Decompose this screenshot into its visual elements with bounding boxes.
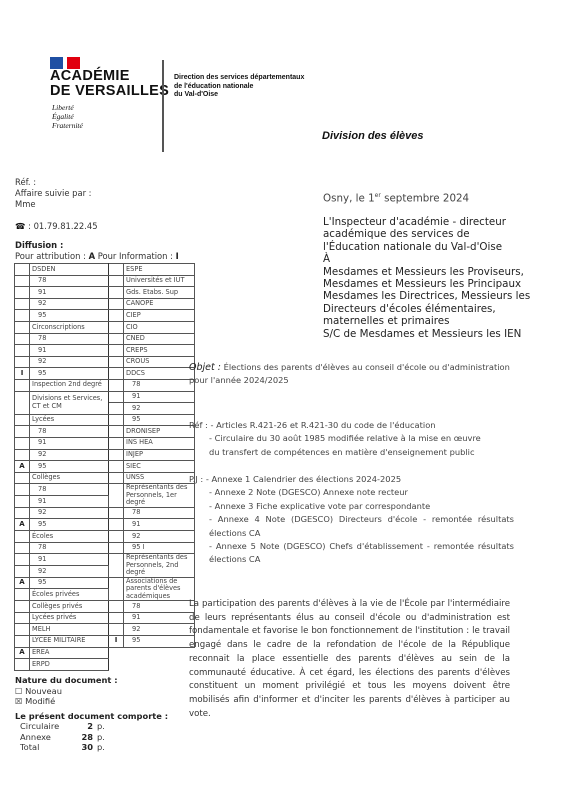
- right-mark-cell: [109, 612, 124, 624]
- pages-label: Annexe: [15, 732, 75, 742]
- table-row: MELH92: [15, 624, 195, 636]
- pj-label: P.J : -: [189, 474, 212, 484]
- academie-name: ACADÉMIE DE VERSAILLES: [50, 69, 169, 99]
- empty-cell: [109, 647, 195, 659]
- addressee-line: S/C de Mesdames et Messieurs les IEN: [323, 328, 530, 340]
- left-mark-cell: [15, 507, 30, 519]
- direction-line: Direction des services départementaux: [174, 74, 304, 83]
- table-row: CirconscriptionsCIO: [15, 321, 195, 333]
- left-mark-cell: [15, 310, 30, 322]
- right-mark-cell: [109, 472, 124, 484]
- left-label-cell: 78: [30, 275, 109, 287]
- left-label-cell: 91: [30, 496, 109, 508]
- pages-unit: p.: [97, 742, 105, 752]
- right-label-cell: ESPE: [124, 264, 195, 276]
- left-mark-cell: [15, 356, 30, 368]
- devise: Liberté Égalité Fraternité: [52, 103, 83, 130]
- right-mark-cell: [109, 321, 124, 333]
- left-label-cell: MELH: [30, 624, 109, 636]
- right-label-cell: CANOPE: [124, 298, 195, 310]
- left-mark-cell: [15, 321, 30, 333]
- diffusion-block: Diffusion : Pour attribution : A Pour In…: [15, 240, 179, 262]
- addressee-line: Directeurs d'écoles élémentaires,: [323, 303, 530, 315]
- right-label-cell: 95: [124, 635, 195, 647]
- pj-line: - Annexe 2 Note (DGESCO) Annexe note rec…: [189, 486, 514, 499]
- right-mark-cell: [109, 449, 124, 461]
- left-label-cell: 91: [30, 437, 109, 449]
- phone-number: : 01.79.81.22.45: [25, 221, 97, 231]
- left-mark-cell: [15, 635, 30, 647]
- left-label-cell: 92: [30, 298, 109, 310]
- right-label-cell: CROUS: [124, 356, 195, 368]
- phone-line: ☎ : 01.79.81.22.45: [15, 221, 98, 232]
- right-mark-cell: [109, 519, 124, 531]
- left-mark-cell: [15, 589, 30, 601]
- left-mark-cell: [15, 414, 30, 426]
- left-label-cell: Lycées: [30, 414, 109, 426]
- table-row: DSDENESPE: [15, 264, 195, 276]
- addressee-line: L'Inspecteur d'académie - directeur: [323, 216, 530, 228]
- right-mark-cell: [109, 287, 124, 299]
- addressee-line: Mesdames et Messieurs les Proviseurs,: [323, 266, 530, 278]
- left-label-cell: Divisions et Services, CT et CM: [30, 391, 109, 414]
- addressee-line: l'Éducation nationale du Val-d'Oise: [323, 241, 530, 253]
- objet-line: Objet : Élections des parents d'élèves a…: [189, 361, 529, 387]
- left-mark-cell: [15, 565, 30, 577]
- left-label-cell: 78: [30, 426, 109, 438]
- right-label-cell: 92: [124, 624, 195, 636]
- left-label-cell: Écoles: [30, 530, 109, 542]
- right-mark-cell: [109, 530, 124, 542]
- addressee-line: À: [323, 253, 530, 265]
- table-row: 91Gds. Etabs. Sup: [15, 287, 195, 299]
- pj-line: élections CA: [189, 527, 514, 540]
- left-label-cell: 92: [30, 507, 109, 519]
- right-mark-cell: [109, 414, 124, 426]
- left-mark-cell: [15, 333, 30, 345]
- left-label-cell: 78: [30, 484, 109, 496]
- right-label-cell: UNSS: [124, 472, 195, 484]
- right-label-cell: INS HEA: [124, 437, 195, 449]
- devise-liberte: Liberté: [52, 103, 83, 112]
- table-row: 78Universités et IUT: [15, 275, 195, 287]
- left-label-cell: 95: [30, 310, 109, 322]
- ref-text: Articles R.421-26 et R.421-30 du code de…: [216, 420, 435, 430]
- pj-line: - Annexe 3 Fiche explicative vote par co…: [189, 500, 514, 513]
- affaire-label: Affaire suivie par :: [15, 188, 92, 199]
- left-mark-cell: [15, 624, 30, 636]
- pj-line: - Annexe 4 Note (DGESCO) Directeurs d'éc…: [189, 513, 514, 526]
- nature-option-modifie[interactable]: ☒ Modifié: [15, 696, 118, 707]
- left-label-cell: DSDEN: [30, 264, 109, 276]
- left-label-cell: 95: [30, 577, 109, 589]
- left-label-cell: EREA: [30, 647, 109, 659]
- table-row: I95DDCS: [15, 368, 195, 380]
- right-mark-cell: [109, 437, 124, 449]
- academie-line2: DE VERSAILLES: [50, 84, 169, 99]
- left-mark-cell: [15, 472, 30, 484]
- addressee-line: Mesdames les Directrices, Messieurs les: [323, 290, 530, 302]
- left-label-cell: 91: [30, 554, 109, 566]
- right-mark-cell: [109, 554, 124, 578]
- ref-label: Réf. :: [15, 177, 92, 188]
- table-row: Collèges privés78: [15, 601, 195, 613]
- direction-line: du Val-d'Oise: [174, 91, 304, 100]
- right-label-cell: INJEP: [124, 449, 195, 461]
- right-label-cell: Universités et IUT: [124, 275, 195, 287]
- table-row: A95Associations de parents d'élèves acad…: [15, 577, 195, 589]
- left-label-cell: Circonscriptions: [30, 321, 109, 333]
- left-mark-cell: A: [15, 461, 30, 473]
- pages-row: Annexe28p.: [15, 732, 168, 742]
- right-mark-cell: [109, 264, 124, 276]
- contact-name: Mme: [15, 199, 92, 210]
- pages-count: 2: [75, 721, 97, 731]
- pages-row: Total30p.: [15, 742, 168, 752]
- right-mark-cell: [109, 507, 124, 519]
- objet-text: Élections des parents d'élèves au consei…: [189, 362, 510, 385]
- checkbox-checked-icon[interactable]: ☒: [15, 696, 22, 706]
- attachments-block: P.J : - Annexe 1 Calendrier des élection…: [189, 473, 514, 567]
- table-row: LYCEE MILITAIREI95: [15, 635, 195, 647]
- table-row: A95SIEC: [15, 461, 195, 473]
- right-label-cell: SIEC: [124, 461, 195, 473]
- right-mark-cell: [109, 484, 124, 508]
- left-label-cell: Collèges privés: [30, 601, 109, 613]
- right-label-cell: DDCS: [124, 368, 195, 380]
- table-row: 78DRONISEP: [15, 426, 195, 438]
- right-mark-cell: [109, 601, 124, 613]
- right-mark-cell: [109, 542, 124, 554]
- right-label-cell: 78: [124, 379, 195, 391]
- document-pages: Le présent document comporte : Circulair…: [15, 711, 168, 753]
- left-label-cell: Collèges: [30, 472, 109, 484]
- left-label-cell: 95: [30, 368, 109, 380]
- left-mark-cell: [15, 379, 30, 391]
- left-mark-cell: [15, 484, 30, 496]
- left-mark-cell: [15, 659, 30, 671]
- checkbox-unchecked-icon[interactable]: ☐: [15, 686, 22, 696]
- right-mark-cell: [109, 624, 124, 636]
- right-label-cell: 95 I: [124, 542, 195, 554]
- left-mark-cell: A: [15, 577, 30, 589]
- pages-unit: p.: [97, 721, 105, 731]
- ref-line: Réf : - Articles R.421-26 et R.421-30 du…: [189, 419, 519, 432]
- left-mark-cell: [15, 542, 30, 554]
- left-mark-cell: [15, 345, 30, 357]
- right-label-cell: 91: [124, 612, 195, 624]
- table-row: 78CNED: [15, 333, 195, 345]
- table-row: 9278: [15, 507, 195, 519]
- addressee-line: académique des services de: [323, 228, 530, 240]
- table-row: Écoles92: [15, 530, 195, 542]
- reference-block: Réf. : Affaire suivie par : Mme: [15, 177, 92, 210]
- right-label-cell: 92: [124, 403, 195, 415]
- left-label-cell: 95: [30, 519, 109, 531]
- left-mark-cell: [15, 287, 30, 299]
- right-mark-cell: I: [109, 635, 124, 647]
- table-row: 78Représentants des Personnels, 1er degr…: [15, 484, 195, 496]
- table-row: 92INJEP: [15, 449, 195, 461]
- left-mark-cell: A: [15, 647, 30, 659]
- objet-label: Objet :: [189, 362, 221, 373]
- pages-row: Circulaire2p.: [15, 721, 168, 731]
- information-label: Pour Information :: [95, 251, 176, 261]
- right-mark-cell: [109, 379, 124, 391]
- table-row: 7895 I: [15, 542, 195, 554]
- right-mark-cell: [109, 461, 124, 473]
- left-label-cell: Inspection 2nd degré: [30, 379, 109, 391]
- left-mark-cell: [15, 449, 30, 461]
- right-mark-cell: [109, 403, 124, 415]
- right-label-cell: 78: [124, 601, 195, 613]
- table-row: ERPD: [15, 659, 195, 671]
- right-label-cell: 91: [124, 519, 195, 531]
- right-mark-cell: [109, 356, 124, 368]
- pages-unit: p.: [97, 732, 105, 742]
- table-row: 92CROUS: [15, 356, 195, 368]
- table-row: Lycées95: [15, 414, 195, 426]
- date-suffix: septembre 2024: [381, 192, 469, 204]
- right-mark-cell: [109, 577, 124, 601]
- telephone-icon: ☎: [15, 221, 25, 231]
- direction-line: de l'éducation nationale: [174, 83, 304, 92]
- left-mark-cell: [15, 298, 30, 310]
- body-paragraph: La participation des parents d'élèves à …: [189, 598, 510, 721]
- empty-cell: [109, 659, 195, 671]
- left-label-cell: Lycées privés: [30, 612, 109, 624]
- diffusion-legend: Pour attribution : A Pour Information : …: [15, 251, 179, 262]
- addressee-line: Mesdames et Messieurs les Principaux: [323, 278, 530, 290]
- left-mark-cell: [15, 530, 30, 542]
- table-row: Divisions et Services, CT et CM91: [15, 391, 195, 403]
- nature-option-nouveau[interactable]: ☐ Nouveau: [15, 686, 118, 697]
- left-label-cell: 78: [30, 542, 109, 554]
- right-mark-cell: [109, 275, 124, 287]
- left-mark-cell: A: [15, 519, 30, 531]
- table-row: 91INS HEA: [15, 437, 195, 449]
- academie-line1: ACADÉMIE: [50, 69, 169, 84]
- ref-line: - Circulaire du 30 août 1985 modifiée re…: [189, 432, 519, 445]
- right-mark-cell: [109, 298, 124, 310]
- table-row: A9591: [15, 519, 195, 531]
- right-label-cell: CIO: [124, 321, 195, 333]
- right-label-cell: 91: [124, 391, 195, 403]
- left-label-cell: 92: [30, 565, 109, 577]
- right-label-cell: Représentants des Personnels, 2nd degré: [124, 554, 195, 578]
- right-label-cell: Associations de parents d'élèves académi…: [124, 577, 195, 601]
- left-mark-cell: [15, 496, 30, 508]
- right-label-cell: Gds. Etabs. Sup: [124, 287, 195, 299]
- right-label-cell: DRONISEP: [124, 426, 195, 438]
- table-row: Lycées privés91: [15, 612, 195, 624]
- left-label-cell: 91: [30, 287, 109, 299]
- pj-line: P.J : - Annexe 1 Calendrier des élection…: [189, 473, 514, 486]
- ref-line: du transfert de compétences en matière d…: [189, 446, 519, 459]
- diffusion-table: DSDENESPE78Universités et IUT91Gds. Etab…: [14, 263, 195, 671]
- right-label-cell: CREPS: [124, 345, 195, 357]
- left-label-cell: 92: [30, 356, 109, 368]
- letter-date: Osny, le 1er septembre 2024: [323, 192, 469, 204]
- left-mark-cell: [15, 264, 30, 276]
- pj-text: Annexe 1 Calendrier des élections 2024-2…: [212, 474, 402, 484]
- information-mark: I: [176, 251, 179, 261]
- left-label-cell: LYCEE MILITAIRE: [30, 635, 109, 647]
- left-label-cell: ERPD: [30, 659, 109, 671]
- division-title: Division des élèves: [322, 130, 424, 142]
- right-label-cell: CNED: [124, 333, 195, 345]
- left-label-cell: Écoles privées: [30, 589, 109, 601]
- nature-document: Nature du document : ☐ Nouveau ☒ Modifié: [15, 675, 118, 707]
- pages-label: Total: [15, 742, 75, 752]
- ref-label: Réf : -: [189, 420, 216, 430]
- right-mark-cell: [109, 368, 124, 380]
- left-label-cell: 92: [30, 449, 109, 461]
- table-row: 92CANOPE: [15, 298, 195, 310]
- left-label-cell: 91: [30, 345, 109, 357]
- right-mark-cell: [109, 310, 124, 322]
- pages-count: 28: [75, 732, 97, 742]
- right-mark-cell: [109, 333, 124, 345]
- devise-egalite: Égalité: [52, 112, 83, 121]
- left-label-cell: 95: [30, 461, 109, 473]
- addressee-block: L'Inspecteur d'académie - directeuracadé…: [323, 216, 530, 340]
- pj-line: - Annexe 5 Note (DGESCO) Chefs d'établis…: [189, 540, 514, 553]
- nature-title: Nature du document :: [15, 675, 118, 686]
- pages-label: Circulaire: [15, 721, 75, 731]
- table-row: 91CREPS: [15, 345, 195, 357]
- diffusion-title: Diffusion :: [15, 240, 179, 251]
- comporte-title: Le présent document comporte :: [15, 711, 168, 721]
- left-mark-cell: I: [15, 368, 30, 380]
- left-mark-cell: [15, 391, 30, 414]
- option-label: Nouveau: [25, 686, 62, 696]
- table-row: 95CIEP: [15, 310, 195, 322]
- right-label-cell: 95: [124, 414, 195, 426]
- header-divider: [162, 60, 164, 152]
- attribution-label: Pour attribution :: [15, 251, 89, 261]
- left-mark-cell: [15, 612, 30, 624]
- right-mark-cell: [109, 426, 124, 438]
- left-mark-cell: [15, 426, 30, 438]
- table-row: Inspection 2nd degré78: [15, 379, 195, 391]
- left-mark-cell: [15, 601, 30, 613]
- pages-count: 30: [75, 742, 97, 752]
- left-mark-cell: [15, 275, 30, 287]
- pj-line: élections CA: [189, 553, 514, 566]
- right-mark-cell: [109, 345, 124, 357]
- left-mark-cell: [15, 437, 30, 449]
- table-row: 91Représentants des Personnels, 2nd degr…: [15, 554, 195, 566]
- date-prefix: Osny, le 1: [323, 192, 375, 204]
- table-row: AEREA: [15, 647, 195, 659]
- direction-label: Direction des services départementaux de…: [174, 74, 304, 100]
- references-block: Réf : - Articles R.421-26 et R.421-30 du…: [189, 419, 519, 459]
- table-row: CollègesUNSS: [15, 472, 195, 484]
- right-label-cell: 92: [124, 530, 195, 542]
- left-label-cell: 78: [30, 333, 109, 345]
- right-label-cell: CIEP: [124, 310, 195, 322]
- left-mark-cell: [15, 554, 30, 566]
- devise-fraternite: Fraternité: [52, 121, 83, 130]
- addressee-line: maternelles et primaires: [323, 315, 530, 327]
- option-label: Modifié: [25, 696, 55, 706]
- right-mark-cell: [109, 391, 124, 403]
- right-label-cell: Représentants des Personnels, 1er degré: [124, 484, 195, 508]
- right-label-cell: 78: [124, 507, 195, 519]
